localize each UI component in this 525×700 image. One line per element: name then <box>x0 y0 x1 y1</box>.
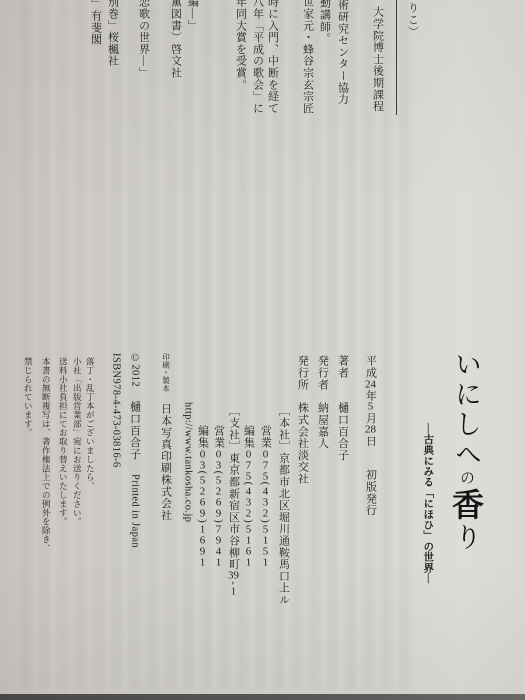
column-divider-rule <box>396 0 397 115</box>
printer-name: 日本写真印刷株式会社 <box>160 403 172 521</box>
profile-line: 世家元・蜂谷宗玄宗匠 <box>302 0 313 114</box>
profile-line: 時に入門、中断を経て <box>267 0 278 114</box>
printing-line: 印刷・製本日本写真印刷株式会社 <box>160 353 171 521</box>
profile-line: 勤講師。 <box>319 0 330 44</box>
notice-line: 本書の無断複写は、著作権法上での例外を除き、 <box>42 357 51 553</box>
book-title-part: り <box>451 523 481 553</box>
author-name: 樋口百合子 <box>337 402 349 461</box>
colophon-page: りこ） 大学院博士後期課程 術研究センター協力 勤講師。 世家元・蜂谷宗玄宗匠 … <box>0 0 525 700</box>
branch-office-sales-phone: 営業03(5269)7941 <box>213 425 224 568</box>
branch-office-address: 東京都新宿区市谷柳町39-1 <box>228 452 240 596</box>
book-title: いにしへの香り <box>450 350 482 553</box>
isbn: ISBN978-4-473-03816-6 <box>110 353 121 468</box>
notice-line: 小社「出版営業部」宛にお送りください。 <box>73 357 82 526</box>
works-line: 恋歌の世界―」 <box>138 0 149 79</box>
notice-line: 送料小社負担にてお取り替えいたします。 <box>59 357 68 526</box>
branch-office-label: ［支社］ <box>228 405 240 452</box>
publisher-name: 納屋嘉人 <box>317 402 329 449</box>
printed-in-label: Printed in Japan <box>130 474 141 548</box>
notice-line: 落丁・乱丁本がございましたら、 <box>86 357 95 491</box>
profile-line: 大学院博士後期課程 <box>372 6 383 112</box>
publisher-url: http://www.tankosha.co.jp <box>182 402 193 522</box>
profile-line: 年同大賞を受賞。 <box>235 0 246 90</box>
publication-date: 平成24年5月28日 <box>365 355 377 447</box>
head-office-address-line: ［本社］京都市北区堀川通鞍馬口上ル <box>278 405 289 606</box>
author-label: 著者 <box>337 355 348 402</box>
works-line: 薫図書）啓文社 <box>170 0 181 79</box>
publisher-label: 発行者 <box>317 355 328 402</box>
copyright-holder: 樋口百合子 <box>129 401 141 460</box>
book-title-part: の <box>458 470 474 488</box>
book-title-part: 香 <box>448 488 484 523</box>
notice-line: 禁じられています。 <box>24 357 33 437</box>
book-title-part: いにしへ <box>451 350 481 470</box>
profile-name-reading-tail: りこ） <box>407 2 418 37</box>
works-line: 別巻」桜楓社 <box>107 0 118 67</box>
profile-line: 八年「平成の歌会」に <box>252 0 263 114</box>
works-line: 」有斐閣 <box>90 0 101 45</box>
copyright-line: ©2012樋口百合子Printed in Japan <box>129 353 140 548</box>
works-line: 編―」 <box>187 0 198 31</box>
table-edge-shadow <box>0 694 525 700</box>
head-office-address: 京都市北区堀川通鞍馬口上ル <box>278 452 290 605</box>
book-subtitle: ―古典にみる「にほひ」の世界― <box>422 423 433 584</box>
publication-date-line: 平成24年5月28日初版発行 <box>365 355 376 516</box>
author-line: 著者樋口百合子 <box>337 355 348 461</box>
publishing-house-label: 発行所 <box>297 355 308 402</box>
edition-label: 初版発行 <box>365 469 377 516</box>
head-office-editorial-phone: 編集075(432)5161 <box>243 425 254 568</box>
copyright-year: ©2012 <box>130 353 141 387</box>
head-office-label: ［本社］ <box>278 405 290 452</box>
branch-office-editorial-phone: 編集03(5269)1691 <box>197 425 208 568</box>
publishing-house-line: 発行所株式会社淡交社 <box>297 355 308 485</box>
branch-office-address-line: ［支社］東京都新宿区市谷柳町39-1 <box>228 405 239 597</box>
head-office-sales-phone: 営業075(432)5151 <box>260 425 271 568</box>
profile-line: 術研究センター協力 <box>337 0 348 105</box>
publishing-house-name: 株式会社淡交社 <box>297 402 309 485</box>
publisher-line: 発行者納屋嘉人 <box>317 355 328 449</box>
printing-label: 印刷・製本 <box>162 353 170 403</box>
